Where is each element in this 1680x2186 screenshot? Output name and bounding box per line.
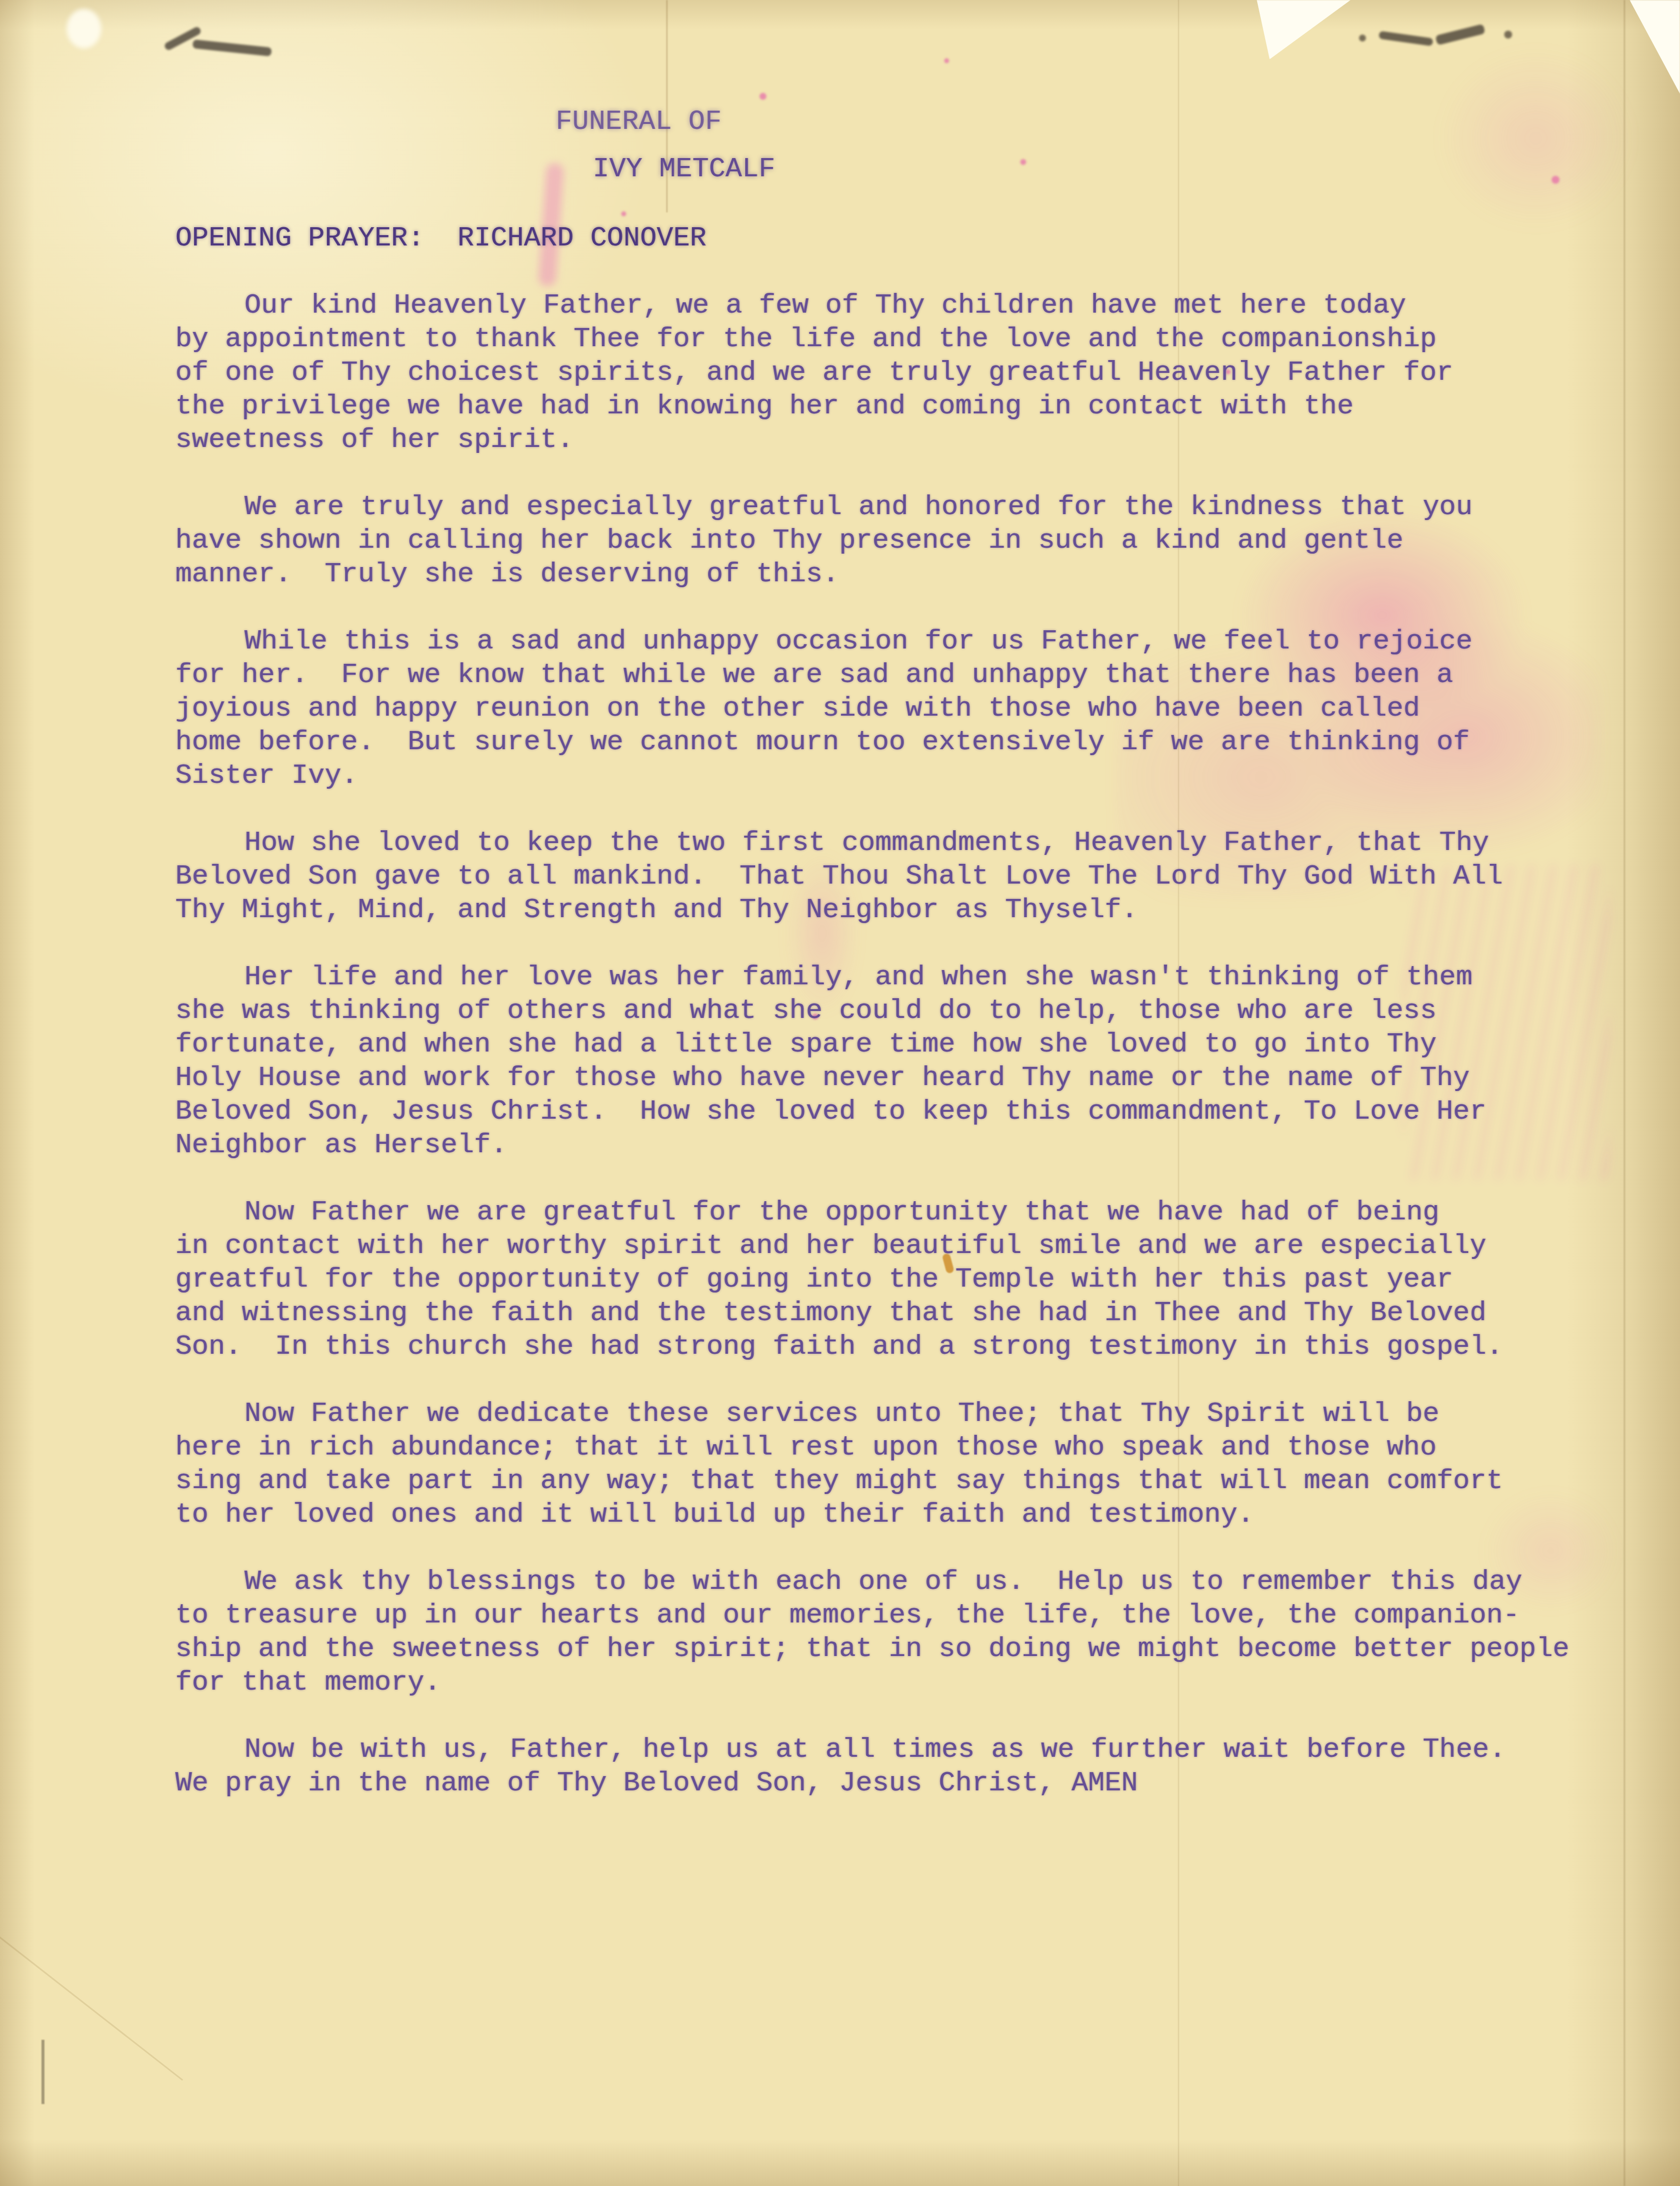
staple-dot xyxy=(1359,35,1366,41)
document-title-line-1: FUNERAL OF xyxy=(556,105,721,138)
crease-line-right-edge xyxy=(1624,0,1625,2186)
pink-fleck xyxy=(1020,159,1026,165)
crease-line-bottom-left xyxy=(0,1921,183,2081)
prayer-paragraph-2: We are truly and especially greatful and… xyxy=(175,490,1558,591)
staple-dot xyxy=(1504,31,1512,39)
torn-paper-top-edge xyxy=(1252,0,1351,59)
scanned-page: FUNERAL OF IVY METCALF OPENING PRAYER: R… xyxy=(0,0,1680,2186)
prayer-paragraph-6: Now Father we are greatful for the oppor… xyxy=(175,1195,1558,1363)
prayer-paragraph-3: While this is a sad and unhappy occasion… xyxy=(175,624,1558,792)
prayer-body: OPENING PRAYER: RICHARD CONOVER Our kind… xyxy=(175,221,1558,1833)
prayer-paragraph-5: Her life and her love was her family, an… xyxy=(175,960,1558,1162)
pink-fleck xyxy=(1552,176,1560,184)
pencil-mark-top-right xyxy=(1374,24,1507,68)
prayer-paragraph-1: Our kind Heavenly Father, we a few of Th… xyxy=(175,288,1558,456)
document-title-line-2: IVY METCALF xyxy=(593,152,775,186)
prayer-paragraph-7: Now Father we dedicate these services un… xyxy=(175,1397,1558,1531)
torn-paper-top-right-corner xyxy=(1630,0,1680,94)
worn-spot-top-left xyxy=(67,9,101,48)
prayer-paragraph-8: We ask thy blessings to be with each one… xyxy=(175,1565,1558,1699)
prayer-paragraph-9: Now be with us, Father, help us at all t… xyxy=(175,1733,1558,1800)
pink-fleck xyxy=(944,58,949,63)
prayer-paragraph-4: How she loved to keep the two first comm… xyxy=(175,826,1558,927)
pencil-mark-top-left xyxy=(163,26,281,70)
pink-fleck xyxy=(621,211,626,216)
opening-prayer-heading: OPENING PRAYER: RICHARD CONOVER xyxy=(175,221,1558,255)
pencil-mark-bottom-left xyxy=(41,2040,44,2104)
pink-fleck xyxy=(760,93,766,100)
